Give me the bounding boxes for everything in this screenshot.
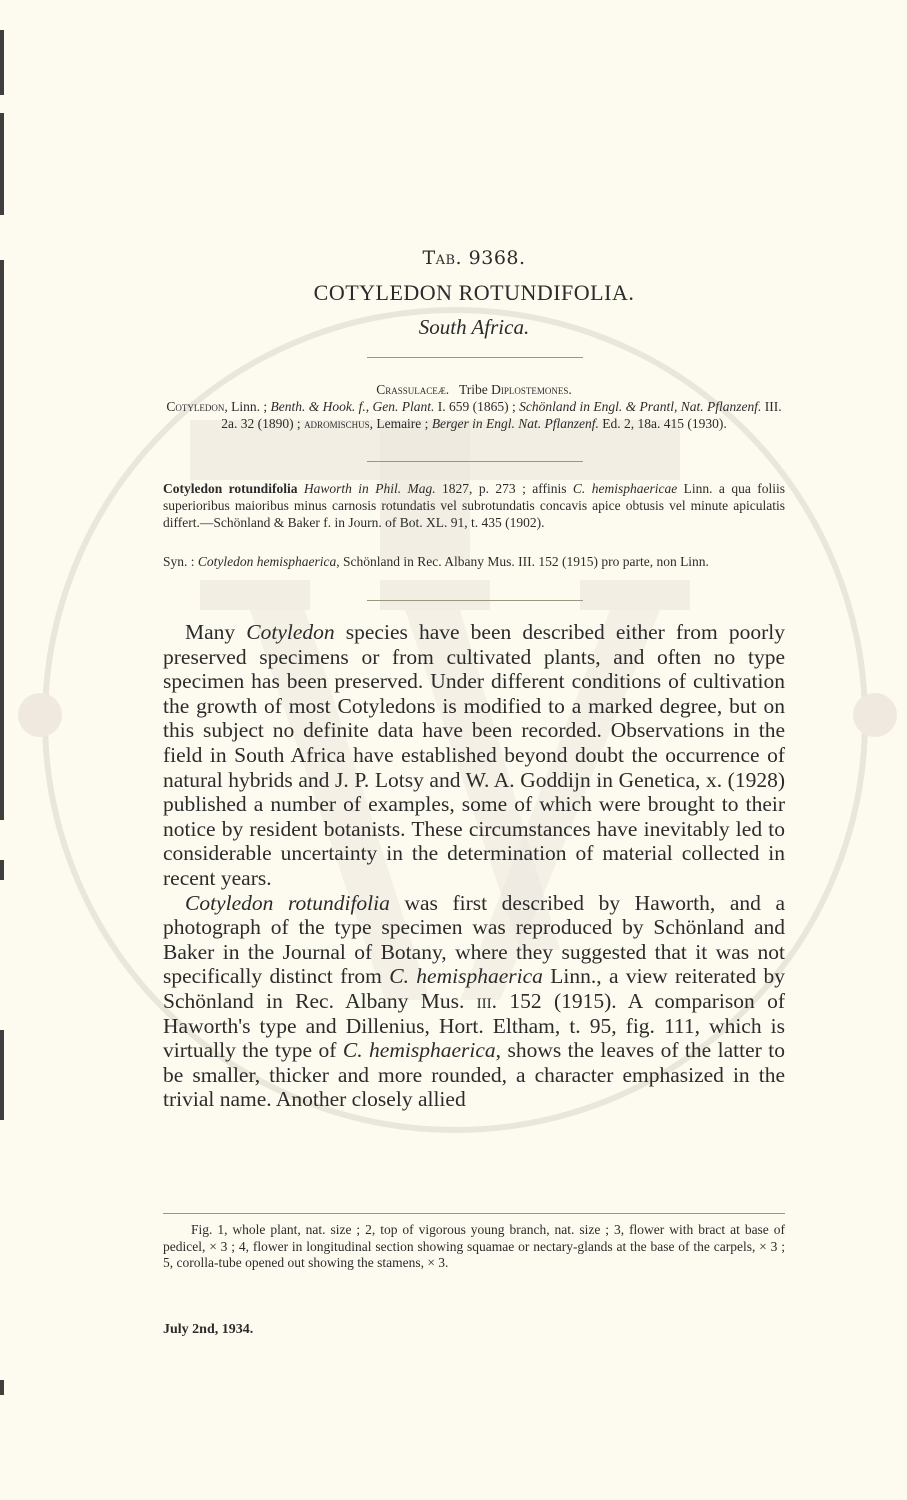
genus-text: , Linn. ;: [224, 399, 270, 414]
document-page: Tab. 9368. COTYLEDON ROTUNDIFOLIA. South…: [0, 0, 907, 1500]
paragraph-1: Many Cotyledon species have been describ…: [163, 620, 785, 891]
synonym-label: Syn. :: [163, 554, 198, 569]
roman-numeral: iii: [477, 989, 492, 1013]
paragraph-2: Cotyledon rotundifolia was first describ…: [163, 891, 785, 1112]
genus-text: , Lemaire ;: [370, 416, 432, 431]
text: Many: [185, 620, 246, 644]
species-name: Cotyledon rotundifolia: [163, 481, 297, 496]
italic-species: Cotyledon rotundifolia: [185, 891, 390, 915]
binding-gap: [0, 1120, 7, 1380]
figure-caption-text: Fig. 1, whole plant, nat. size ; 2, top …: [163, 1222, 785, 1272]
binding-gap: [0, 1395, 7, 1500]
binding-gap: [0, 215, 7, 260]
reference-italic: Schönland in Engl. & Prantl, Nat. Pflanz…: [519, 399, 761, 414]
figure-caption: Fig. 1, whole plant, nat. size ; 2, top …: [163, 1222, 785, 1272]
binding-gap: [0, 820, 7, 860]
body-text: Many Cotyledon species have been describ…: [163, 620, 785, 1112]
reference-italic: Benth. & Hook. f., Gen. Plant.: [271, 399, 435, 414]
divider: [367, 600, 583, 601]
italic-species: C. hemisphaerica: [343, 1038, 496, 1062]
diagnosis-text: 1827, p. 273 ; affinis: [436, 481, 573, 496]
family-name: Crassulaceæ.: [376, 382, 449, 397]
genus-references: Cotyledon, Linn. ; Benth. & Hook. f., Ge…: [163, 398, 785, 432]
plate-number: Tab. 9368.: [163, 247, 785, 269]
divider: [367, 461, 583, 462]
classification-block: Crassulaceæ. Tribe Diplostemones. Cotyle…: [163, 381, 785, 432]
tribe-name: Diplostemones.: [491, 382, 572, 397]
binding-gap: [0, 95, 7, 113]
binding-gap: [0, 0, 7, 30]
diagnosis-reference: C. hemisphaericae: [573, 481, 677, 496]
diagnosis-block: Cotyledon rotundifolia Haworth in Phil. …: [163, 480, 785, 531]
binding-gap: [0, 880, 7, 1030]
region-subtitle: South Africa.: [163, 315, 785, 340]
plate-number-value: 9368.: [469, 247, 526, 269]
publication-date: July 2nd, 1934.: [163, 1322, 253, 1338]
text: species have been described either from …: [163, 620, 785, 890]
family-line: Crassulaceæ. Tribe Diplostemones.: [163, 381, 785, 398]
genus-name: Cotyledon: [166, 399, 224, 414]
genus-name-adromischus: adromischus: [304, 416, 370, 431]
synonym-text: , Schönland in Rec. Albany Mus. III. 152…: [336, 554, 709, 569]
genus-text: I. 659 (1865) ;: [434, 399, 519, 414]
species-title: COTYLEDON ROTUNDIFOLIA.: [163, 280, 785, 306]
italic-species: C. hemisphaerica: [389, 964, 543, 988]
genus-text: Ed. 2, 18a. 415 (1930).: [599, 416, 727, 431]
plate-label: Tab.: [422, 247, 462, 269]
synonym-name: Cotyledon hemisphaerica: [198, 554, 336, 569]
authority: Haworth in Phil. Mag.: [304, 481, 436, 496]
synonym-block: Syn. : Cotyledon hemisphaerica, Schönlan…: [163, 553, 785, 570]
tribe-prefix: Tribe: [459, 382, 488, 397]
italic-genus: Cotyledon: [246, 620, 334, 644]
footnote-divider: [163, 1213, 785, 1214]
reference-italic: Berger in Engl. Nat. Pflanzenf.: [432, 416, 599, 431]
divider: [367, 357, 583, 358]
